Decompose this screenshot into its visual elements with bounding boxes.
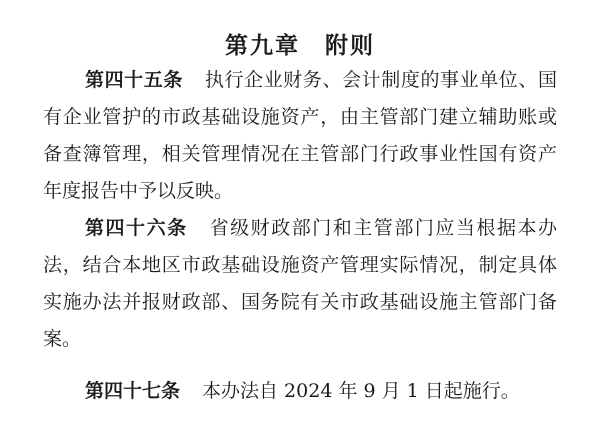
line-text: 本办法自 2024 年 9 月 1 日起施行。 <box>202 380 520 402</box>
text-line-4: 年度报告中予以反映。 <box>43 173 557 210</box>
document-body: 第四十五条执行企业财务、会计制度的事业单位、国 有企业管护的市政基础设施资产，由… <box>43 62 557 410</box>
article-number-46: 第四十六条 <box>85 217 210 239</box>
line-text: 有企业管护的市政基础设施资产，由主管部门建立辅助账或 <box>43 106 557 128</box>
line-text: 法，结合本地区市政基础设施资产管理实际情况，制定具体 <box>43 254 557 276</box>
text-line-5: 第四十六条省级财政部门和主管部门应当根据本办 <box>43 210 557 247</box>
line-text: 执行企业财务、会计制度的事业单位、国 <box>205 69 557 91</box>
text-line-2: 有企业管护的市政基础设施资产，由主管部门建立辅助账或 <box>43 99 557 136</box>
line-text: 备查簿管理，相关管理情况在主管部门行政事业性国有资产 <box>43 143 557 165</box>
article-number-45: 第四十五条 <box>85 69 205 91</box>
line-text: 年度报告中予以反映。 <box>43 180 233 202</box>
text-line-6: 法，结合本地区市政基础设施资产管理实际情况，制定具体 <box>43 247 557 284</box>
article-number-47: 第四十七条 <box>85 380 202 402</box>
text-line-3: 备查簿管理，相关管理情况在主管部门行政事业性国有资产 <box>43 136 557 173</box>
text-line-7: 实施办法并报财政部、国务院有关市政基础设施主管部门备 <box>43 284 557 321</box>
text-line-1: 第四十五条执行企业财务、会计制度的事业单位、国 <box>43 62 557 99</box>
line-text: 省级财政部门和主管部门应当根据本办 <box>210 217 557 239</box>
text-line-9: 第四十七条本办法自 2024 年 9 月 1 日起施行。 <box>43 373 557 410</box>
line-text: 案。 <box>43 328 81 350</box>
document-page: 第九章 附则 第四十五条执行企业财务、会计制度的事业单位、国 有企业管护的市政基… <box>0 0 597 426</box>
chapter-title: 第九章 附则 <box>43 27 557 60</box>
text-line-8: 案。 <box>43 321 557 358</box>
line-text: 实施办法并报财政部、国务院有关市政基础设施主管部门备 <box>43 291 557 313</box>
